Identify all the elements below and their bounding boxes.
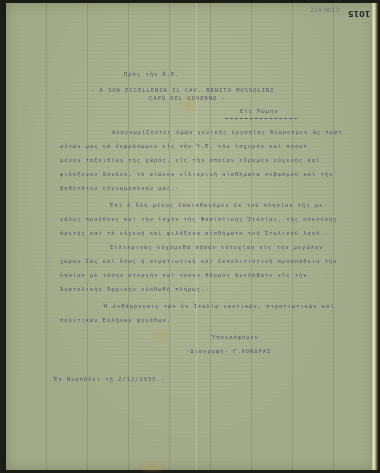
body-line: Αναγνωρίζοντες ὑμῶν γενικῆς ἐργασίας θεω… [112, 131, 342, 137]
archive-annotation: 214 (8/13 [310, 7, 339, 14]
place-underline [225, 118, 297, 119]
signature-title: Ὑπογράφομεν [212, 336, 259, 342]
body-line: χώραν Σας καὶ ὅπως ἡ στρατιωτικὴ καὶ ἐκπ… [60, 260, 337, 266]
body-line: αὐτῶν μας νὰ ἐκφράσωμεν εἰς τὴν Ὑ.Ἐ. τὸν… [60, 145, 308, 151]
graph-paper-sheet: 214 (8/13 1015 Πρὸς τὴν Ἀ.Ἐ. - A SUA ECC… [6, 3, 374, 470]
archive-stamp-number: 1015 [348, 9, 370, 18]
body-line: Ἀνατολικὴν Ἀφρικὴν εὐοδωθῆ πλήρως.- [60, 288, 209, 294]
heading-place: Εἰς Ῥώμην [240, 110, 278, 116]
body-line: ὁποίαν μὲ τόσην στοργὴν καὶ τόσον θάρρος… [60, 274, 308, 280]
place-date: Ἐν Νεαπόλει τῇ 2/12/1935.- [54, 378, 165, 384]
stain-mark [141, 464, 163, 470]
body-line: ἀρετῆς καὶ τὸ εὐγενῆ καὶ φιλόξενα αἰσθήμ… [60, 232, 329, 238]
heading-salutation: Πρὸς τὴν Ἀ.Ἐ. [124, 73, 179, 79]
body-line: Ἡ ἐνθάρρυνσις τῶν ἐν Ἰταλίᾳ ναυτικῶν, στ… [104, 305, 334, 311]
body-line: μένον ταξειδίων τῆς χώρας, εἰς τὴν ὁποία… [60, 159, 320, 165]
body-line: βαθυτάτην εὐγνωμοσύνην μας.- [60, 187, 180, 193]
heading-title: CAPO DEL GOVERNO - [149, 97, 226, 103]
body-line: φιλόξενον ἄσυλον, τὸ αἰῶνον εἰλικρινῆ αἰ… [60, 173, 333, 179]
scanned-document: 214 (8/13 1015 Πρὸς τὴν Ἀ.Ἐ. - A SUA ECC… [0, 0, 380, 473]
stain-mark [156, 331, 164, 339]
signature-name: -Διαγραφή- Γ.ΛΟΝΔΡΑΣ [186, 350, 271, 356]
body-line: Ἐπὶ ὀ ὅλη μένος ἐπαισθανόμεν ἐκ τοῦ πλησ… [110, 204, 328, 210]
body-line: Εἰλικρινῶς εὐχόμεθα πᾶσαν εὐτυχίαν εἰς τ… [110, 246, 323, 252]
body-line: γάλης προόδους καὶ τὴν ἰσχὺν τῆς Φασιστι… [60, 218, 337, 224]
body-line: πολιτικῶν Ἑλλήνων φυγάδων. [60, 319, 171, 325]
heading-addressee: - A SUA ECCELLENZA IL CAV. BENITO MUSSOL… [91, 89, 275, 95]
